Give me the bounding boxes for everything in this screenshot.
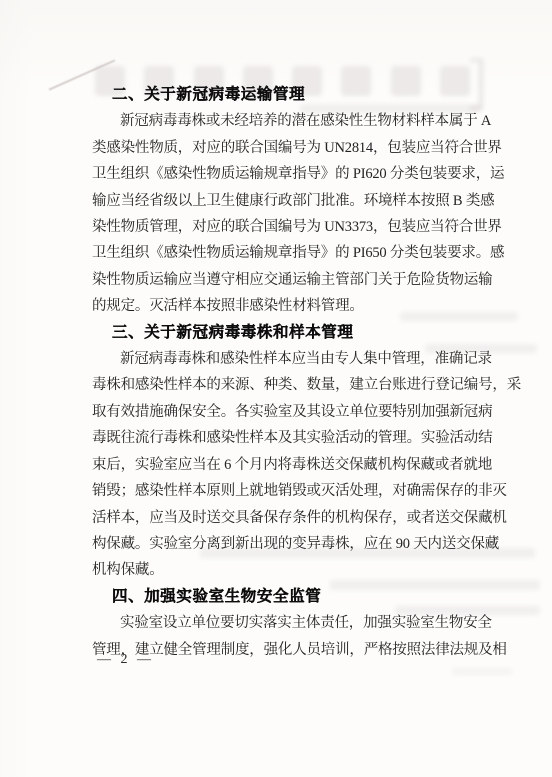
bleedthrough-line-mark — [452, 668, 512, 675]
section-heading-3: 三、关于新冠病毒毒株和样本管理 — [112, 320, 492, 346]
body-line: 机构保藏。 — [92, 557, 492, 583]
section-heading-2: 二、关于新冠病毒运输管理 — [112, 82, 492, 108]
section-heading-4: 四、加强实验室生物安全监管 — [112, 584, 492, 610]
body-line: 毒株和感染性样本的来源、种类、数量，建立台账进行登记编号，采 — [92, 372, 492, 398]
body-line: 类感染性物质，对应的联合国编号为 UN2814，包装应当符合世界 — [92, 135, 492, 161]
body-line: 活样本，应当及时送交具备保存条件的机构保存，或者送交保藏机 — [92, 505, 492, 531]
body-line: 的规定。灭活样本按照非感染性材料管理。 — [92, 293, 492, 319]
document-body: 二、关于新冠病毒运输管理 新冠病毒毒株或未经培养的潜在感染性生物材料样本属于 A… — [92, 82, 492, 663]
body-line: 新冠病毒毒株和感染性样本应当由专人集中管理，准确记录 — [92, 346, 492, 372]
body-line: 新冠病毒毒株或未经培养的潜在感染性生物材料样本属于 A — [92, 108, 492, 134]
page-number: — 2 — — [97, 650, 154, 670]
body-line: 实验室设立单位要切实落实主体责任，加强实验室生物安全 — [92, 610, 492, 636]
body-line: 取有效措施确保安全。各实验室及其设立单位要特别加强新冠病 — [92, 399, 492, 425]
body-line: 染性物质管理，对应的联合国编号为 UN3373，包装应当符合世界 — [92, 214, 492, 240]
body-line: 毒既往流行毒株和感染性样本及其实验活动的管理。实验活动结 — [92, 425, 492, 451]
body-line: 束后，实验室应当在 6 个月内将毒株送交保藏机构保藏或者就地 — [92, 452, 492, 478]
body-line: 卫生组织《感染性物质运输规章指导》的 PI650 分类包装要求。感 — [92, 240, 492, 266]
scanned-document-page: 二、关于新冠病毒运输管理 新冠病毒毒株或未经培养的潜在感染性生物材料样本属于 A… — [0, 0, 552, 777]
body-line: 染性物质运输应当遵守相应交通运输主管部门关于危险货物运输 — [92, 267, 492, 293]
body-line: 销毁；感染性样本原则上就地销毁或灭活处理，对确需保存的非灭 — [92, 478, 492, 504]
body-line: 构保藏。实验室分离到新出现的变异毒株，应在 90 天内送交保藏 — [92, 531, 492, 557]
body-line: 输应当经省级以上卫生健康行政部门批准。环境样本按照 B 类感 — [92, 188, 492, 214]
body-line: 卫生组织《感染性物质运输规章指导》的 PI620 分类包装要求，运 — [92, 161, 492, 187]
